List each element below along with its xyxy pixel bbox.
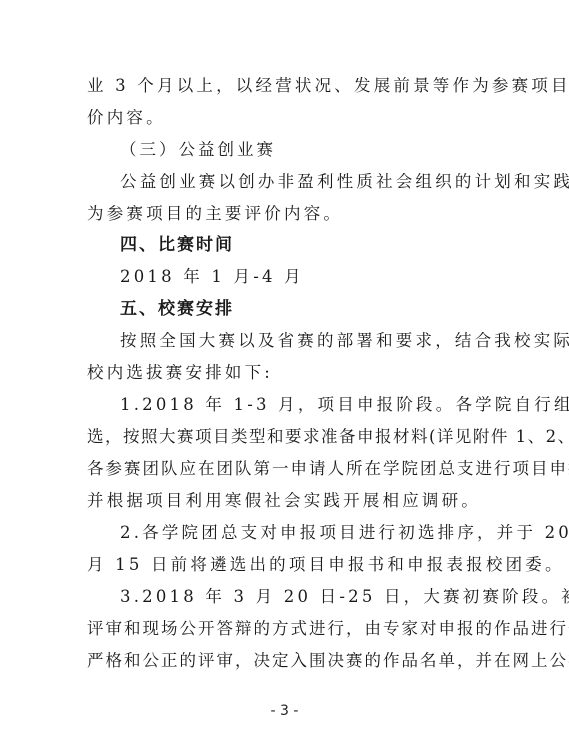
- page-number: - 3 -: [0, 703, 569, 719]
- section-heading: 五、校赛安排: [120, 298, 513, 320]
- paragraph-line: 为参赛项目的主要评价内容。: [87, 203, 513, 225]
- paragraph-line: 并根据项目利用寒假社会实践开展相应调研。: [87, 490, 513, 512]
- paragraph-line: 各参赛团队应在团队第一申请人所在学院团总支进行项目申报，: [87, 458, 513, 480]
- paragraph-line: 业 3 个月以上，以经营状况、发展前景等作为参赛项目的主要评: [87, 75, 513, 97]
- paragraph-line: 公益创业赛以创办非盈利性质社会组织的计划和实践等作: [120, 171, 513, 193]
- paragraph-line: 3.2018 年 3 月 20 日-25 日，大赛初赛阶段。初赛采取书面: [120, 586, 513, 608]
- paragraph-line: 按照全国大赛以及省赛的部署和要求，结合我校实际，本次: [120, 330, 513, 352]
- section-subheading: （三）公益创业赛: [120, 139, 513, 161]
- paragraph-line: 2.各学院团总支对申报项目进行初选排序，并于 2018 年 3: [120, 522, 513, 544]
- paragraph-line: 1.2018 年 1-3 月，项目申报阶段。各学院自行组织项目初: [120, 394, 513, 416]
- section-heading: 四、比赛时间: [120, 234, 513, 256]
- paragraph-line: 评审和现场公开答辩的方式进行，由专家对申报的作品进行全面、: [87, 618, 513, 640]
- paragraph-line: 价内容。: [87, 107, 513, 129]
- paragraph-line: 月 15 日前将遴选出的项目申报书和申报表报校团委。: [87, 554, 513, 576]
- paragraph-line: 2018 年 1 月-4 月: [120, 266, 513, 288]
- paragraph-line: 选，按照大赛项目类型和要求准备申报材料(详见附件 1、2、3)。: [87, 426, 513, 448]
- paragraph-line: 校内选拔赛安排如下:: [87, 362, 513, 384]
- paragraph-line: 严格和公正的评审，决定入围决赛的作品名单，并在网上公布。: [87, 650, 513, 672]
- document-page: 业 3 个月以上，以经营状况、发展前景等作为参赛项目的主要评 价内容。 （三）公…: [0, 0, 569, 740]
